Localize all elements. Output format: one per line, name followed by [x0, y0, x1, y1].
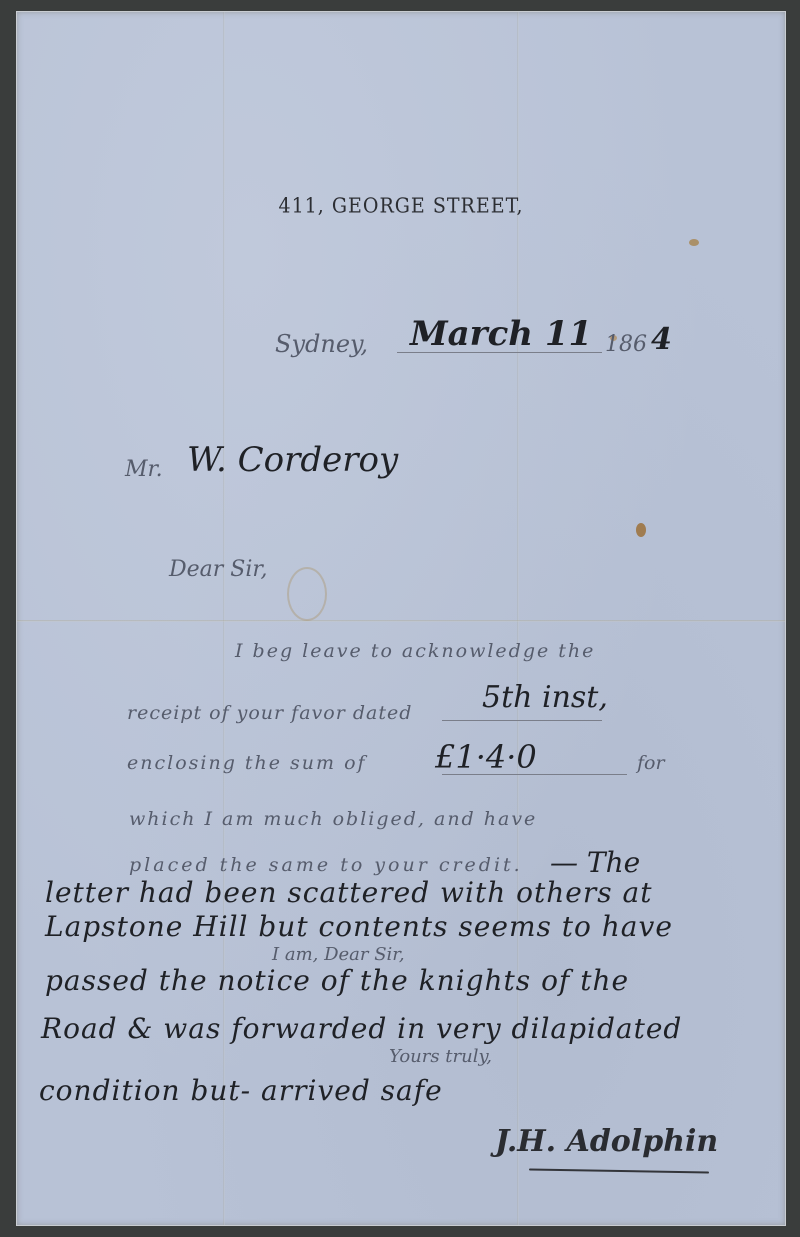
closing-line-2: Yours truly, — [389, 1046, 492, 1067]
dateline-year-printed: 186 — [605, 332, 647, 357]
letterhead-address: 411, GEORGE STREET, — [17, 194, 785, 218]
signature-underline — [529, 1168, 709, 1173]
recipient-name: W. Corderoy — [187, 440, 398, 480]
ink-stain — [689, 239, 699, 246]
postscript-line-2: Lapstone Hill but contents seems to have — [45, 910, 673, 943]
body-line-3-end: for — [637, 752, 665, 774]
closing-line-1: I am, Dear Sir, — [272, 944, 405, 965]
ink-stain — [636, 523, 646, 537]
body-line-3-printed: enclosing the sum of — [127, 752, 367, 774]
dateline-month-day: March 11 — [410, 314, 592, 354]
body-line-5: placed the same to your credit. — [129, 854, 523, 876]
postscript-line-3: passed the notice of the knights of the — [45, 964, 629, 997]
fold-line-horizontal — [17, 620, 785, 622]
recipient-prefix: Mr. — [125, 457, 163, 482]
body-line-1: I beg leave to acknowledge the — [235, 640, 595, 662]
body-line-3-rule — [442, 774, 627, 775]
greeting: Dear Sir, — [169, 557, 267, 582]
body-line-2-printed: receipt of your favor dated — [127, 702, 412, 724]
body-line-2-date: 5th inst, — [482, 680, 608, 715]
body-line-4: which I am much obliged, and have — [129, 808, 537, 830]
postscript-line-0: — The — [550, 846, 640, 879]
date-rule — [397, 352, 602, 353]
postscript-line-5: condition but- arrived safe — [39, 1074, 443, 1107]
letter-page: 411, GEORGE STREET, Sydney, March 11 186… — [16, 11, 786, 1226]
dateline-city: Sydney, — [275, 330, 368, 358]
body-line-3-amount: £1·4·0 — [435, 738, 537, 776]
body-line-2-rule — [442, 720, 602, 721]
dateline-year-handwritten: 4 — [651, 322, 672, 357]
water-stain — [287, 567, 327, 621]
signature: J.H. Adolphin — [495, 1124, 718, 1159]
postscript-line-4: Road & was forwarded in very dilapidated — [41, 1012, 682, 1045]
postscript-line-1: letter had been scattered with others at — [45, 876, 652, 909]
